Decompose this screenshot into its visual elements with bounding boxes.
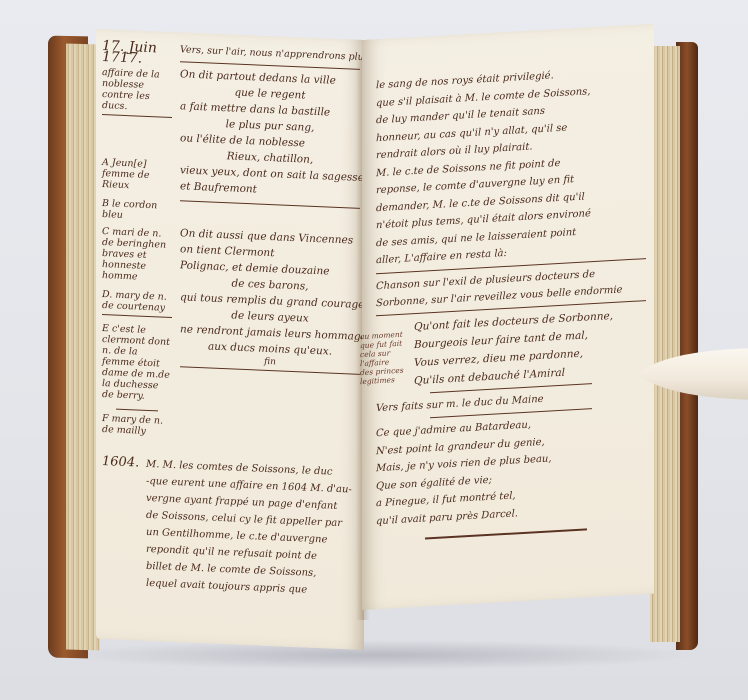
bone-folder-icon [636, 344, 748, 404]
left-page: 17. Juin 1717. affaire de la noblesse co… [96, 29, 364, 650]
margin-annotations: A Jeun[e] femme de Rieux B le cordon ble… [102, 157, 172, 438]
prose-block: le sang de nos roys était privilegié. qu… [376, 62, 646, 546]
annotation-d: D. mary de n. de courtenay [102, 289, 172, 314]
date-note: 17. Juin 1717. [102, 41, 172, 66]
annotation-a: A Jeun[e] femme de Rieux [102, 157, 172, 193]
year-note: 1604. [102, 454, 142, 472]
page-block-left [66, 44, 100, 651]
divider [425, 528, 587, 539]
margin-date: 17. Juin 1717. affaire de la noblesse co… [102, 41, 172, 122]
annotation-c: C mari de n. de beringhen braves et honn… [102, 226, 172, 284]
poem-column: Vers, sur l'air, nous n'apprendrons plus… [180, 42, 360, 379]
annotation-e: E c'est le clermont dont n. de la femme … [102, 323, 172, 403]
open-manuscript-book: 17. Juin 1717. affaire de la noblesse co… [0, 0, 748, 700]
song-verse: Qu'ont fait les docteurs de Sorbonne, Bo… [376, 305, 646, 392]
annotation-b: B le cordon bleu [102, 198, 172, 223]
subject-note: affaire de la noblesse contre les ducs. [102, 67, 172, 114]
divider [116, 409, 158, 412]
divider [102, 114, 172, 118]
annotation-f: F mary de n. de mailly [102, 413, 172, 438]
right-page: au moment que fut fait cela sur l'affair… [362, 24, 654, 610]
divider [102, 314, 172, 318]
prose-block: M. M. les comtes de Soissons, le duc -qu… [146, 456, 360, 601]
